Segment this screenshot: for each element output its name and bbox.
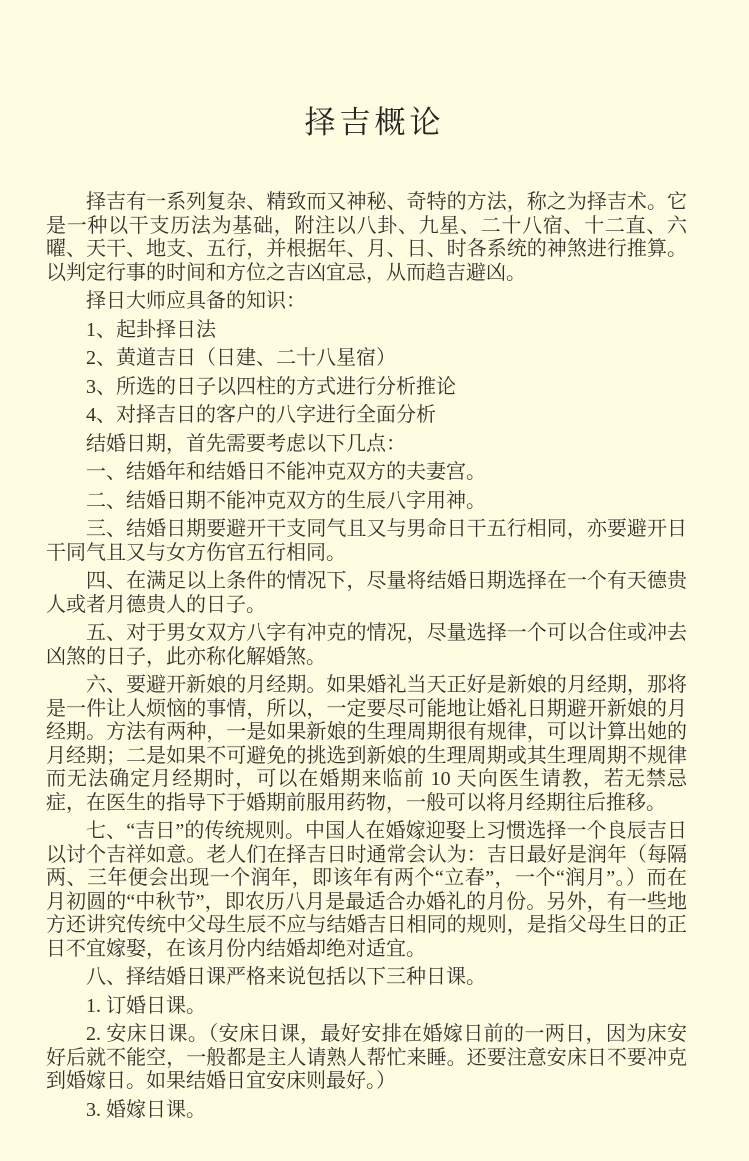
paragraph: 三、结婚日期要避开干支同气且又与男命日干五行相同，亦要避开日干同气且又与女方伤官… xyxy=(46,518,687,565)
paragraph: 2. 安床日课。（安床日课，最好安排在婚嫁日前的一两日，因为床安好后就不能空，一… xyxy=(46,1023,687,1094)
paragraph: 择日大师应具备的知识： xyxy=(46,290,687,314)
paragraph: 2、黄道吉日（日建、二十八星宿） xyxy=(46,347,687,371)
document-body: 择吉有一系列复杂、精致而又神秘、奇特的方法，称之为择吉术。它是一种以干支历法为基… xyxy=(46,191,687,1122)
paragraph: 六、要避开新娘的月经期。如果婚礼当天正好是新娘的月经期，那将是一件让人烦恼的事情… xyxy=(46,674,687,815)
paragraph: 择吉有一系列复杂、精致而又神秘、奇特的方法，称之为择吉术。它是一种以干支历法为基… xyxy=(46,191,687,285)
paragraph: 四、在满足以上条件的情况下，尽量将结婚日期选择在一个有天德贵人或者月德贵人的日子… xyxy=(46,570,687,617)
paragraph: 1. 订婚日课。 xyxy=(46,995,687,1019)
document-title: 择吉概论 xyxy=(0,0,749,141)
paragraph: 3、所选的日子以四柱的方式进行分析推论 xyxy=(46,376,687,400)
paragraph: 4、对择吉日的客户的八字进行全面分析 xyxy=(46,404,687,428)
paragraph: 结婚日期，首先需要考虑以下几点： xyxy=(46,433,687,457)
paragraph: 3. 婚嫁日课。 xyxy=(46,1099,687,1123)
paragraph: 二、结婚日期不能冲克双方的生辰八字用神。 xyxy=(46,490,687,514)
paragraph: 一、结婚年和结婚日不能冲克双方的夫妻宫。 xyxy=(46,461,687,485)
paragraph: 五、对于男女双方八字有冲克的情况，尽量选择一个可以合住或冲去凶煞的日子，此亦称化… xyxy=(46,622,687,669)
paragraph: 八、择结婚日课严格来说包括以下三种日课。 xyxy=(46,966,687,990)
paragraph: 1、起卦择日法 xyxy=(46,319,687,343)
paragraph: 七、“吉日”的传统规则。中国人在婚嫁迎娶上习惯选择一个良辰吉日以讨个吉祥如意。老… xyxy=(46,820,687,961)
document-page: 择吉概论 择吉有一系列复杂、精致而又神秘、奇特的方法，称之为择吉术。它是一种以干… xyxy=(0,0,749,1161)
